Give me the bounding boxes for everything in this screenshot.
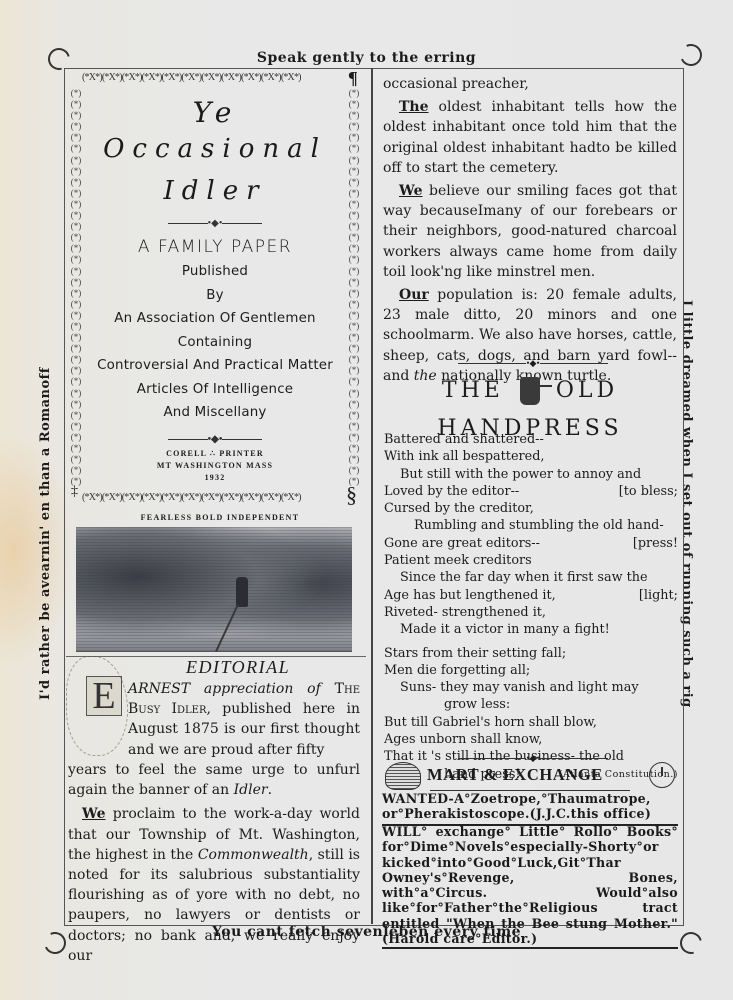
masthead-line: Controversial And Practical Matter xyxy=(88,358,342,373)
section-mark-icon: § xyxy=(346,482,357,508)
poem-line: Ages unborn shall know, xyxy=(384,731,678,748)
editorial-paragraph: We proclaim to the work-a-day world that… xyxy=(68,804,360,966)
mart-title: MART & EXCHANGE xyxy=(427,765,603,785)
title-ye: Ye xyxy=(88,96,342,134)
ornament-divider: •◆• xyxy=(88,218,342,229)
masthead: (*X*)(*X*)(*X*)(*X*)(*X*)(*X*)(*X*)(*X*)… xyxy=(70,70,360,500)
poem-line: Loved by the editor--[to bless; xyxy=(384,483,678,500)
masthead-line: Published xyxy=(88,264,342,279)
printer-imprint: •◆• CORELL ∴ PRINTER MT WASHINGTON MASS … xyxy=(88,434,342,484)
printer-year: 1932 xyxy=(88,472,342,484)
poem-line: Riveted- strengthened it, xyxy=(384,604,678,621)
title-idler: Idler xyxy=(88,176,342,214)
poem-line: Patient meek creditors xyxy=(384,552,678,569)
masthead-line: And Miscellany xyxy=(88,405,342,420)
poem-line: Rumbling and stumbling the old hand- xyxy=(384,517,678,534)
woodcut-illustration xyxy=(76,527,352,652)
editorial-title: EDITORIAL xyxy=(186,657,290,678)
pole xyxy=(215,604,239,652)
printer-location: MT WASHINGTON MASS xyxy=(88,460,342,472)
printer-name: CORELL ∴ PRINTER xyxy=(88,448,342,460)
paragraph: Our population is: 20 female adults, 23 … xyxy=(383,285,677,386)
masthead-line: Containing xyxy=(88,335,342,350)
masthead-border-bottom: (*X*)(*X*)(*X*)(*X*)(*X*)(*X*)(*X*)(*X*)… xyxy=(82,492,301,503)
masthead-border-top: (*X*)(*X*)(*X*)(*X*)(*X*)(*X*)(*X*)(*X*)… xyxy=(82,72,301,83)
poem-line: Gone are great editors--[press! xyxy=(384,535,678,552)
tagline: A FAMILY PAPER xyxy=(88,237,342,257)
poem-line: Made it a victor in many a fight! xyxy=(384,621,678,638)
dagger-icon: ‡ xyxy=(71,484,78,500)
poem-line: Stars from their setting fall; xyxy=(384,645,678,662)
poem-line: Battered and shattered-- xyxy=(384,431,678,448)
mart-header: MART & EXCHANGE xyxy=(383,762,677,790)
paragraph: The oldest inhabitant tells how the olde… xyxy=(383,97,677,178)
column-divider xyxy=(371,68,373,924)
masthead-line: An Association Of Gentlemen xyxy=(88,311,342,326)
poem-line: grow less: xyxy=(384,696,678,713)
masthead-line: Articles Of Intelligence xyxy=(88,382,342,397)
poem-line: Since the far day when it first saw the xyxy=(384,569,678,586)
poem-line: Men die forgetting all; xyxy=(384,662,678,679)
ornament-divider: •◆• xyxy=(448,358,618,369)
editorial-paragraph: years to feel the same urge to unfurl ag… xyxy=(68,760,360,800)
poem-line: Age has but lengthened it,[light; xyxy=(384,587,678,604)
poem-line: Suns- they may vanish and light may xyxy=(384,679,678,696)
editorial-body: years to feel the same urge to unfurl ag… xyxy=(68,760,360,966)
running-head-top: Speak gently to the erring xyxy=(0,50,733,66)
masthead-content: Ye Occasional Idler •◆• A FAMILY PAPER P… xyxy=(88,90,342,484)
pocket-watch-icon xyxy=(649,762,675,788)
side-motto-left: I'd rather be avearnin' en than a Romano… xyxy=(38,367,53,700)
boatman-figure xyxy=(236,577,248,607)
dropcap-ornament: E xyxy=(66,656,126,754)
paper-stain xyxy=(0,440,70,660)
poem-line: With ink all bespattered, xyxy=(384,448,678,465)
poem-body: Battered and shattered-- With ink all be… xyxy=(384,431,678,783)
paragraph: We believe our smiling faces got that wa… xyxy=(383,181,677,282)
right-column-prose: occasional preacher, The oldest inhabita… xyxy=(383,74,677,386)
masthead-line: By xyxy=(88,288,342,303)
classified-ad: WILL° exchange° Little° Rollo° Books° fo… xyxy=(382,824,678,949)
handpress-icon xyxy=(520,377,540,405)
poem-line: Cursed by the creditor, xyxy=(384,500,678,517)
poem-line: But still with the power to annoy and xyxy=(384,466,678,483)
paragraph: occasional preacher, xyxy=(383,74,677,94)
masthead-border-right: (*)(*)(*)(*)(*)(*)(*)(*)(*)(*)(*)(*)(*)(… xyxy=(348,88,360,490)
classified-ad: WANTED-A°Zoetrope,°Thaumatrope, or°Phera… xyxy=(382,791,678,826)
title-occasional: Occasional xyxy=(88,134,342,176)
motto: FEARLESS BOLD INDEPENDENT xyxy=(70,513,370,522)
layer-cake-icon xyxy=(385,762,421,790)
editorial-lead: ARNEST appreciation of The Busy Idler, p… xyxy=(128,679,360,760)
poem-line: But till Gabriel's horn shall blow, xyxy=(384,714,678,731)
masthead-border-left: (*)(*)(*)(*)(*)(*)(*)(*)(*)(*)(*)(*)(*)(… xyxy=(70,88,82,490)
dropcap-letter: E xyxy=(86,676,122,716)
pilcrow-icon: ¶ xyxy=(348,68,358,89)
